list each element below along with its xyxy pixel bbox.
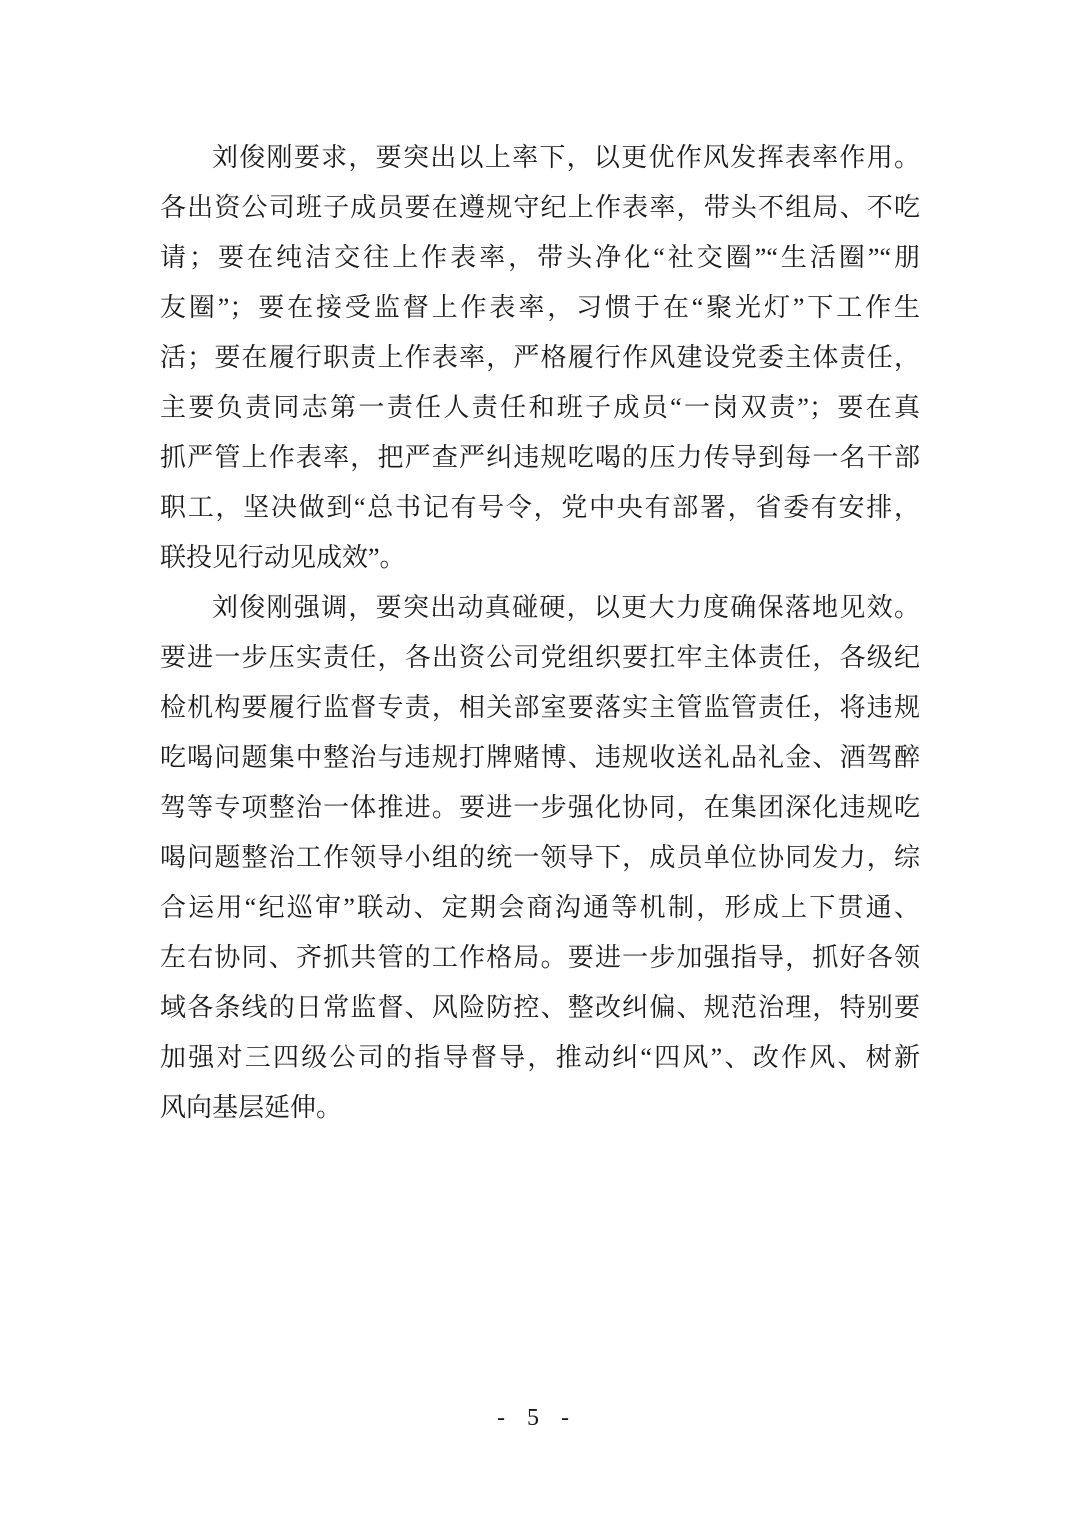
text-line: 请；要在纯洁交往上作表率，带头净化“社交圈”“生活圈”“朋	[160, 233, 920, 283]
text-line: 喝问题整治工作领导小组的统一领导下，成员单位协同发力，综	[160, 833, 920, 883]
text-line: 检机构要履行监督专责，相关部室要落实主管监管责任，将违规	[160, 683, 920, 733]
text-line: 域各条线的日常监督、风险防控、整改纠偏、规范治理，特别要	[160, 983, 920, 1033]
text-line: 抓严管上作表率，把严查严纠违规吃喝的压力传导到每一名干部	[160, 433, 920, 483]
text-line: 风向基层延伸。	[160, 1083, 920, 1133]
text-line: 合运用“纪巡审”联动、定期会商沟通等机制，形成上下贯通、	[160, 883, 920, 933]
text-line: 吃喝问题集中整治与违规打牌赌博、违规收送礼品礼金、酒驾醉	[160, 733, 920, 783]
text-line: 驾等专项整治一体推进。要进一步强化协同，在集团深化违规吃	[160, 783, 920, 833]
page-number: - 5 -	[0, 1405, 1074, 1432]
document-page: 刘俊刚要求，要突出以上率下，以更优作风发挥表率作用。各出资公司班子成员要在遵规守…	[0, 0, 1074, 1520]
text-line: 主要负责同志第一责任人责任和班子成员“一岗双责”；要在真	[160, 383, 920, 433]
text-line: 职工，坚决做到“总书记有号令，党中央有部署，省委有安排，	[160, 483, 920, 533]
text-line: 刘俊刚强调，要突出动真碰硬，以更大力度确保落地见效。	[160, 583, 920, 633]
text-line: 活；要在履行职责上作表率，严格履行作风建设党委主体责任，	[160, 333, 920, 383]
text-line: 各出资公司班子成员要在遵规守纪上作表率，带头不组局、不吃	[160, 183, 920, 233]
text-line: 加强对三四级公司的指导督导，推动纠“四风”、改作风、树新	[160, 1033, 920, 1083]
document-body: 刘俊刚要求，要突出以上率下，以更优作风发挥表率作用。各出资公司班子成员要在遵规守…	[160, 133, 920, 1133]
text-line: 左右协同、齐抓共管的工作格局。要进一步加强指导，抓好各领	[160, 933, 920, 983]
text-line: 联投见行动见成效”。	[160, 533, 920, 583]
paragraph-1: 刘俊刚要求，要突出以上率下，以更优作风发挥表率作用。各出资公司班子成员要在遵规守…	[160, 133, 920, 583]
text-line: 刘俊刚要求，要突出以上率下，以更优作风发挥表率作用。	[160, 133, 920, 183]
text-line: 要进一步压实责任，各出资公司党组织要扛牢主体责任，各级纪	[160, 633, 920, 683]
paragraph-2: 刘俊刚强调，要突出动真碰硬，以更大力度确保落地见效。要进一步压实责任，各出资公司…	[160, 583, 920, 1133]
text-line: 友圈”；要在接受监督上作表率，习惯于在“聚光灯”下工作生	[160, 283, 920, 333]
